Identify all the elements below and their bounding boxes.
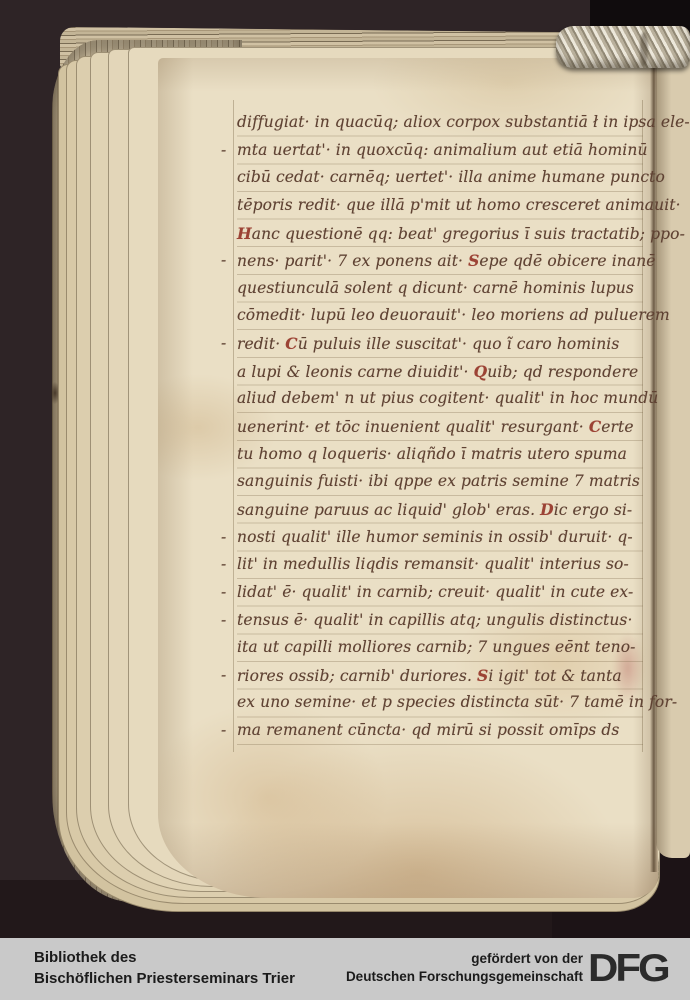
text-segment: i igit' tot & tanta	[488, 667, 621, 685]
manuscript-photo-stage: diffugiat· in quacūq; aliox corpox subst…	[0, 0, 690, 1000]
text-segment: lit' in medullis liqdis remansit· qualit…	[237, 555, 629, 573]
manuscript-text-line: -nosti qualit' ille humor seminis in oss…	[237, 524, 643, 552]
margin-hyphen: -	[221, 717, 226, 744]
text-segment: cibū cedat· carnēq; uertet'· illa anime …	[237, 168, 665, 186]
text-segment: tēporis redit· que illā p'mit ut homo cr…	[237, 196, 681, 214]
text-segment: ic ergo si-	[554, 501, 633, 519]
text-segment: mta uertat'· in quoxcūq: animalium aut e…	[237, 141, 648, 159]
manuscript-text-line: questiunculā solent q dicunt· carnē homi…	[237, 275, 643, 303]
binding-endband	[556, 26, 690, 68]
margin-hyphen: -	[221, 524, 226, 551]
text-segment: erte	[601, 418, 633, 436]
text-segment: redit·	[237, 335, 285, 353]
text-segment: aliud debem' n ut pius cogitent· qualit'…	[237, 389, 658, 407]
text-segment: anc questionē qq: beat' gregorius ī suis…	[252, 225, 685, 243]
manuscript-text-line: ex uno semine· et p species distincta sū…	[237, 689, 643, 717]
margin-hyphen: -	[221, 247, 226, 274]
manuscript-text-line: -lidat' ē· qualit' in carnib; creuit· qu…	[237, 579, 643, 607]
text-segment: tu homo q loqueris· aliqñdo ī matris ute…	[237, 445, 627, 463]
endband-braid-dip	[640, 32, 648, 66]
rubric-initial: S	[477, 666, 488, 685]
library-credit-line2: Bischöflichen Priesterseminars Trier	[34, 968, 295, 989]
text-segment: uenerint· et tōc inuenient qualit' resur…	[237, 418, 589, 436]
text-segment: ita ut capilli molliores carnib; 7 ungue…	[237, 638, 635, 656]
manuscript-text-line: sanguinis fuisti· ibi qppe ex patris sem…	[237, 468, 643, 496]
rubric-initial: D	[540, 500, 554, 519]
library-credit: Bibliothek des Bischöflichen Priestersem…	[34, 947, 295, 989]
left-margin-ruling-line	[233, 100, 234, 752]
margin-hyphen: -	[221, 551, 226, 578]
margin-hyphen: -	[221, 607, 226, 634]
rubric-initial: H	[237, 224, 252, 243]
rubric-initial: Q	[474, 362, 488, 381]
text-segment: ū puluis ille suscitat'· quo ĩ caro homi…	[298, 335, 620, 353]
text-segment: ex uno semine· et p species distincta sū…	[237, 693, 677, 711]
manuscript-text-line: sanguine paruus ac liquid' glob' eras. D…	[237, 496, 643, 524]
digitization-footer-banner: Bibliothek des Bischöflichen Priestersem…	[0, 938, 690, 1000]
funding-credit-line1: gefördert von der	[346, 950, 583, 968]
manuscript-text-line: uenerint· et tōc inuenient qualit' resur…	[237, 413, 643, 441]
manuscript-text-line: tēporis redit· que illā p'mit ut homo cr…	[237, 192, 643, 220]
manuscript-text-line: tu homo q loqueris· aliqñdo ī matris ute…	[237, 441, 643, 469]
funding-credit: gefördert von der Deutschen Forschungsge…	[346, 950, 583, 986]
text-segment: nens· parit'· 7 ex ponens ait·	[237, 252, 468, 270]
text-segment: questiunculā solent q dicunt· carnē homi…	[237, 279, 634, 297]
manuscript-text-line: ita ut capilli molliores carnib; 7 ungue…	[237, 634, 643, 662]
manuscript-text-line: -redit· Cū puluis ille suscitat'· quo ĩ …	[237, 330, 643, 358]
manuscript-text-line: cibū cedat· carnēq; uertet'· illa anime …	[237, 164, 643, 192]
margin-hyphen: -	[221, 662, 226, 689]
dfg-logo: DFG	[588, 946, 680, 990]
manuscript-text-line: diffugiat· in quacūq; aliox corpox subst…	[237, 109, 643, 137]
text-segment: epe qdē obicere inanē	[479, 252, 655, 270]
text-segment: a lupi & leonis carne diuidit'·	[237, 363, 474, 381]
rubric-initial: C	[285, 334, 297, 353]
manuscript-text-line: cōmedit· lupū leo deuorauit'· leo morien…	[237, 302, 643, 330]
text-segment: uib; qd respondere	[487, 363, 638, 381]
funding-credit-line2: Deutschen Forschungsgemeinschaft	[346, 968, 583, 986]
manuscript-text-line: -mta uertat'· in quoxcūq: animalium aut …	[237, 137, 643, 165]
manuscript-text-line: -nens· parit'· 7 ex ponens ait· Sepe qdē…	[237, 247, 643, 275]
library-credit-line1: Bibliothek des	[34, 947, 295, 968]
manuscript-text-line: aliud debem' n ut pius cogitent· qualit'…	[237, 385, 643, 413]
text-segment: cōmedit· lupū leo deuorauit'· leo morien…	[237, 306, 670, 324]
text-segment: sanguinis fuisti· ibi qppe ex patris sem…	[237, 472, 640, 490]
text-segment: nosti qualit' ille humor seminis in ossi…	[237, 528, 633, 546]
manuscript-text-line: -tensus ē· qualit' in capillis atq; ungu…	[237, 607, 643, 635]
rubric-initial: S	[468, 251, 479, 270]
text-segment: lidat' ē· qualit' in carnib; creuit· qua…	[237, 583, 633, 601]
text-segment: riores ossib; carnib' duriores.	[237, 667, 477, 685]
manuscript-text-line: -riores ossib; carnib' duriores. Si igit…	[237, 662, 643, 690]
text-segment: ma remanent cūncta· qd mirū si possit om…	[237, 721, 619, 739]
margin-hyphen: -	[221, 579, 226, 606]
manuscript-text-line: -ma remanent cūncta· qd mirū si possit o…	[237, 717, 643, 745]
manuscript-text-line: a lupi & leonis carne diuidit'· Quib; qd…	[237, 358, 643, 386]
manuscript-text-line: Hanc questionē qq: beat' gregorius ī sui…	[237, 220, 643, 248]
manuscript-lines: diffugiat· in quacūq; aliox corpox subst…	[237, 109, 643, 749]
margin-hyphen: -	[221, 137, 226, 164]
text-segment: tensus ē· qualit' in capillis atq; ungul…	[237, 611, 633, 629]
rubric-initial: C	[589, 417, 601, 436]
margin-hyphen: -	[221, 330, 226, 357]
text-segment: diffugiat· in quacūq; aliox corpox subst…	[237, 113, 690, 131]
text-segment: sanguine paruus ac liquid' glob' eras.	[237, 501, 540, 519]
manuscript-text-line: -lit' in medullis liqdis remansit· quali…	[237, 551, 643, 579]
